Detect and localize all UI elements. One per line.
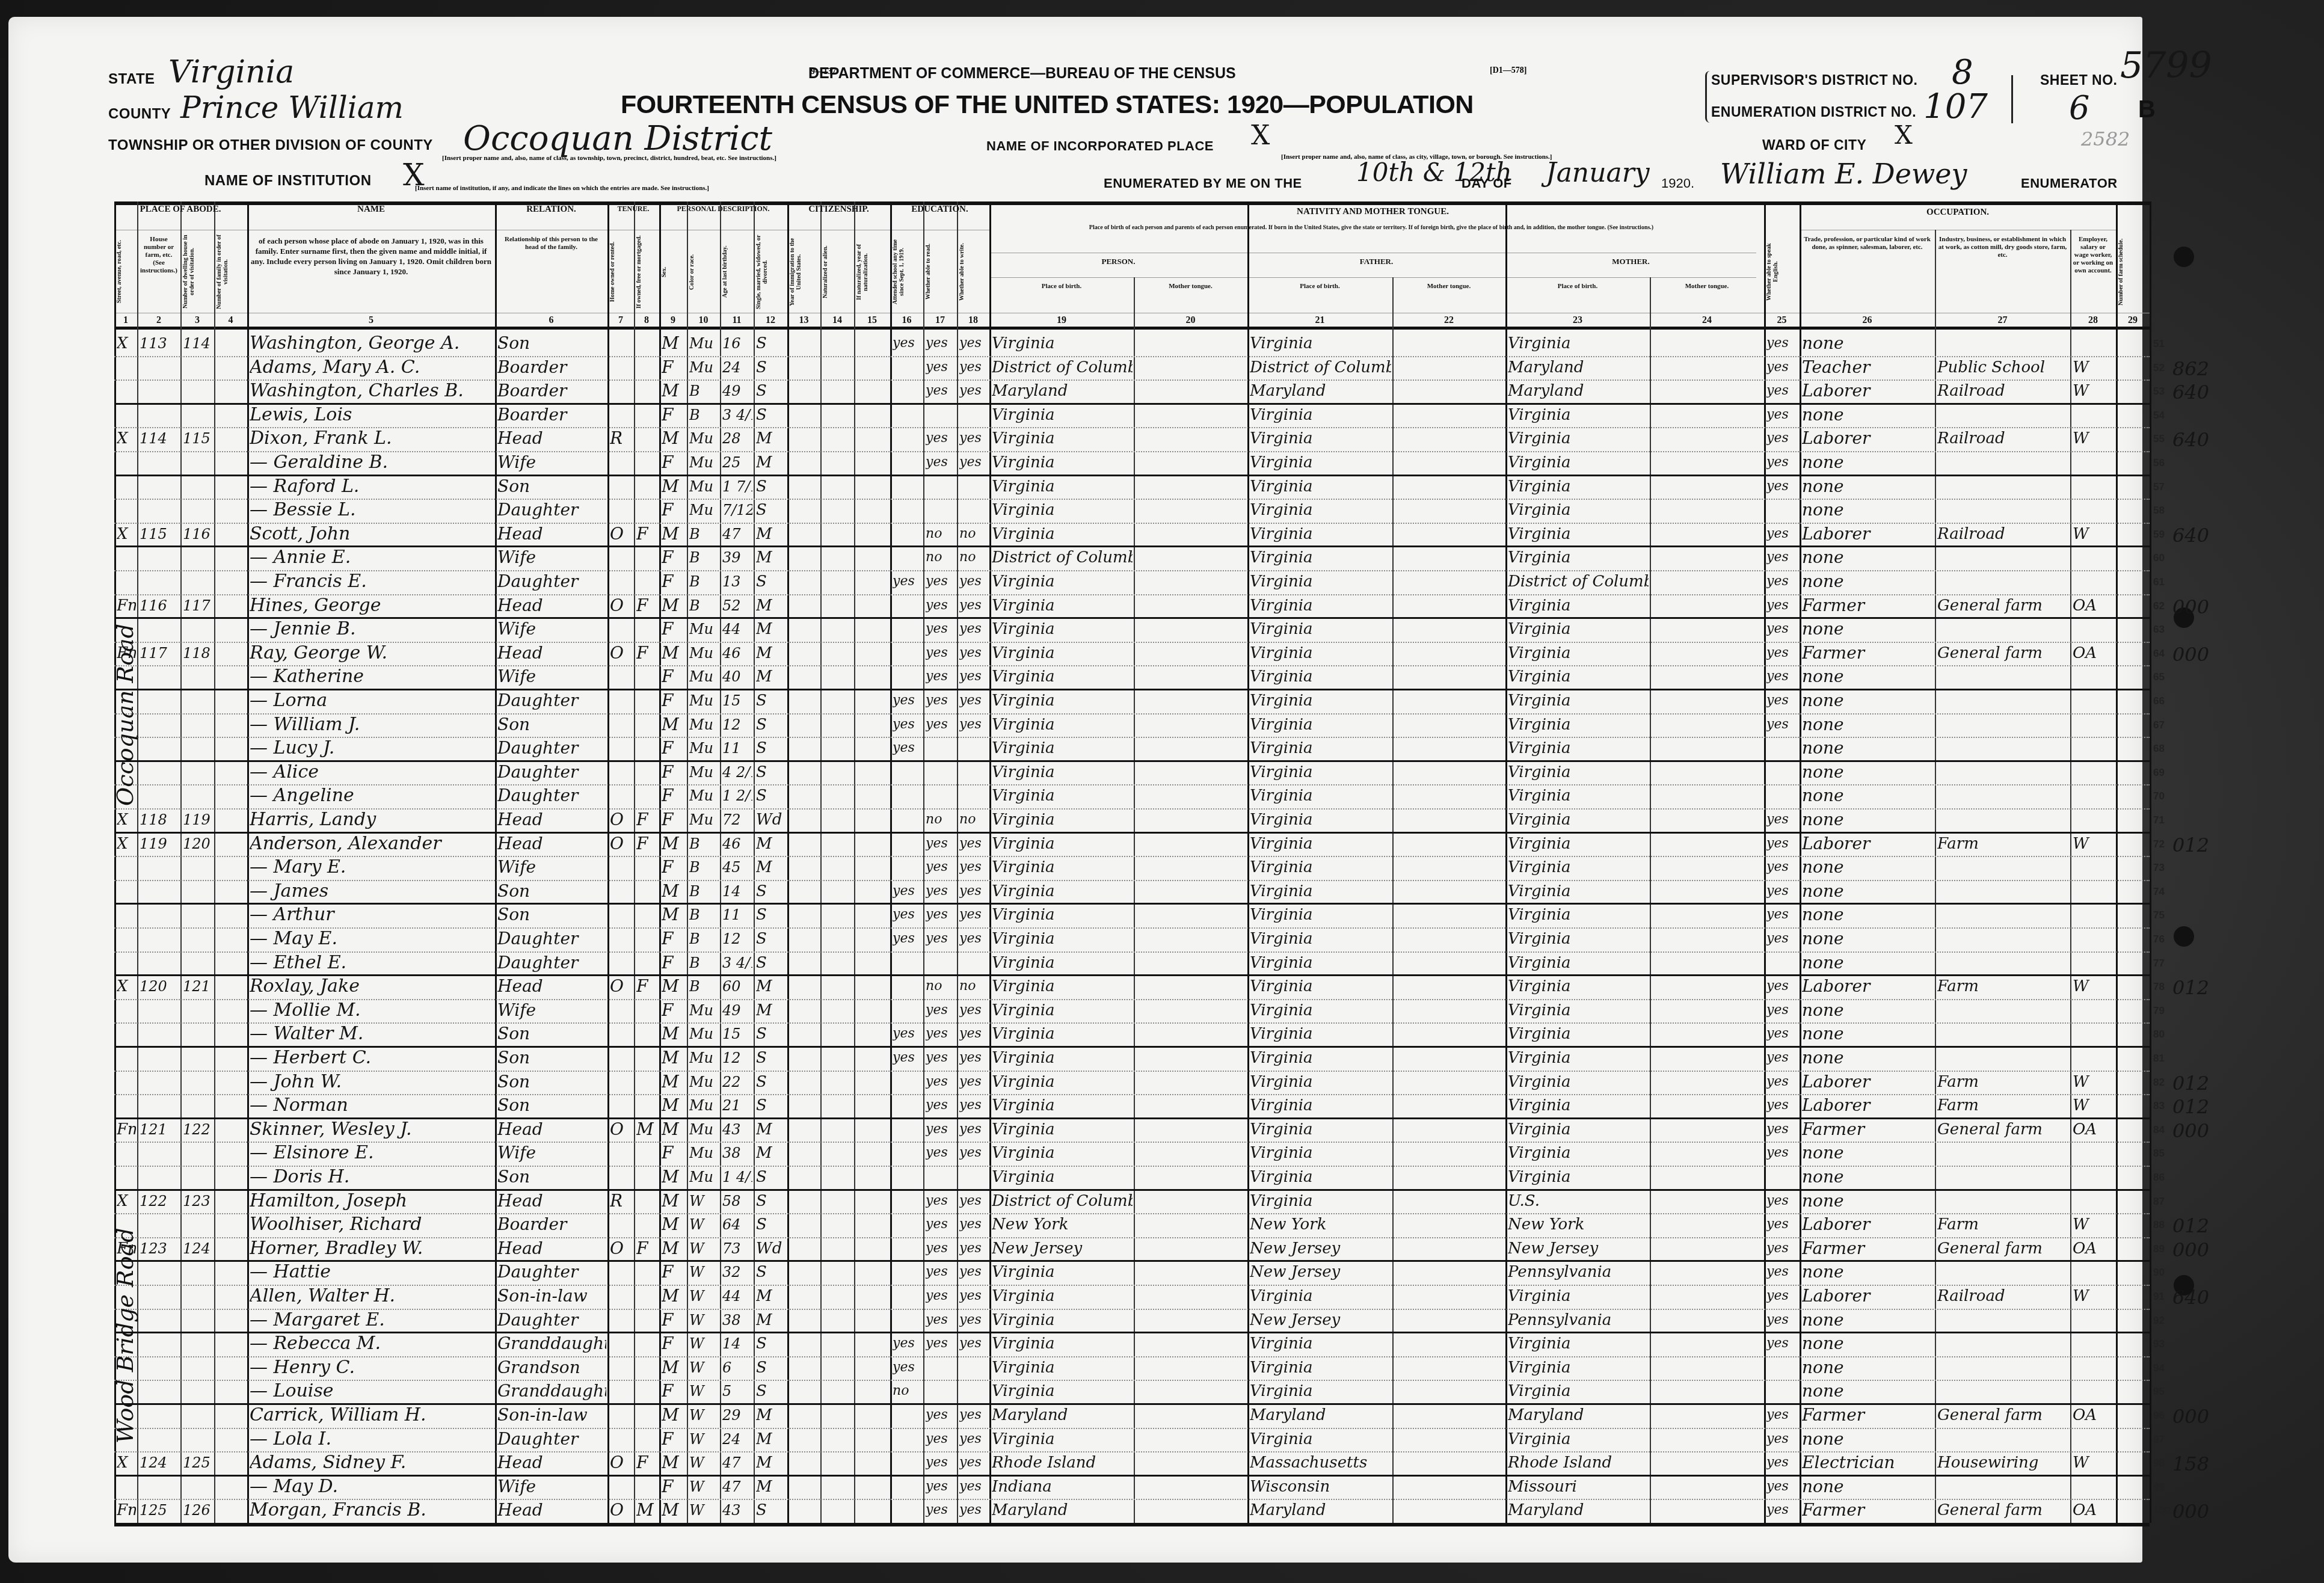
cell-race: B: [689, 903, 719, 927]
column-label-2: House number or farm, etc. (See instruct…: [140, 236, 178, 310]
cell-street: [117, 1428, 136, 1452]
cell-marital: M: [756, 1428, 786, 1452]
cell-read: [926, 475, 956, 499]
cell-owned: [610, 404, 633, 428]
cell-school: yes: [893, 1356, 922, 1380]
cell-family: [183, 856, 213, 880]
nativity-sub-rule: [989, 253, 1756, 253]
cell-free: [636, 451, 658, 475]
cell-industry: General farm: [1937, 642, 2069, 666]
cell-industry: Railroad: [1937, 523, 2069, 547]
line-number: 72: [2153, 838, 2165, 850]
cell-street: [117, 475, 136, 499]
group-name: NAME: [247, 204, 495, 215]
cell-age: 24: [722, 1428, 752, 1452]
group-citizenship: CITIZENSHIP.: [787, 204, 890, 215]
cell-pob-mother: Virginia: [1508, 1285, 1649, 1309]
cell-owned: [610, 570, 633, 594]
cell-race: Mu: [689, 1047, 719, 1071]
cell-school: yes: [893, 1022, 922, 1047]
cell-class: [2073, 784, 2115, 808]
cell-age: 11: [722, 737, 752, 761]
cell-family: 118: [183, 642, 213, 666]
colnum-rule: [114, 313, 2150, 313]
cell-name: — James: [250, 880, 494, 904]
cell-sex: M: [662, 1404, 686, 1428]
cell-industry: [1937, 784, 2069, 808]
cell-pob-father: Virginia: [1250, 1118, 1391, 1142]
cell-relation: Head: [497, 642, 606, 666]
column-label-24: Mother tongue.: [1652, 283, 1762, 307]
cell-pob-father: Virginia: [1250, 713, 1391, 737]
cell-pob-father: Virginia: [1250, 546, 1391, 570]
cell-race: W: [689, 1261, 719, 1285]
cell-pob-father: Virginia: [1250, 856, 1391, 880]
column-number-4: 4: [214, 315, 247, 326]
cell-industry: [1937, 761, 2069, 785]
cell-street: [117, 451, 136, 475]
cell-pob: Virginia: [992, 856, 1133, 880]
cell-family: 126: [183, 1499, 213, 1523]
cell-relation: Daughter: [497, 499, 606, 523]
cell-read: yes: [926, 1022, 956, 1047]
cell-street: [117, 1404, 136, 1428]
line-number: 76: [2153, 933, 2165, 945]
column-rule: [214, 201, 215, 1523]
cell-street: [117, 665, 136, 689]
cell-relation: Head: [497, 594, 606, 618]
cell-marital: S: [756, 1022, 786, 1047]
cell-race: W: [689, 1356, 719, 1380]
cell-pob-father: Virginia: [1250, 570, 1391, 594]
cell-dwelling: [140, 713, 179, 737]
year-label: 1920.: [1661, 176, 1694, 191]
district-divider: [2011, 75, 2013, 123]
cell-marital: S: [756, 332, 786, 356]
cell-sex: F: [662, 665, 686, 689]
cell-age: 1 4/12: [722, 1166, 752, 1190]
cell-english: yes: [1766, 380, 1798, 404]
cell-class: [2073, 618, 2115, 642]
cell-dwelling: [140, 1404, 179, 1428]
cell-name: Anderson, Alexander: [250, 832, 494, 856]
column-rule: [720, 201, 721, 1523]
cell-age: 3 4/12: [722, 404, 752, 428]
cell-marital: M: [756, 618, 786, 642]
cell-free: [636, 618, 658, 642]
cell-read: yes: [926, 1094, 956, 1118]
cell-trade: none: [1802, 999, 1934, 1023]
cell-family: [183, 737, 213, 761]
cell-family: 122: [183, 1118, 213, 1142]
cell-pob: Virginia: [992, 951, 1133, 976]
cell-pob-mother: Pennsylvania: [1508, 1309, 1649, 1333]
cell-owned: O: [610, 975, 633, 999]
cell-free: M: [636, 1118, 658, 1142]
cell-school: [893, 761, 922, 785]
cell-relation: Daughter: [497, 951, 606, 976]
cell-school: [893, 1237, 922, 1261]
cell-race: W: [689, 1499, 719, 1523]
cell-street: [117, 761, 136, 785]
cell-race: B: [689, 832, 719, 856]
cell-pob-mother: Virginia: [1508, 761, 1649, 785]
cell-pob: Virginia: [992, 499, 1133, 523]
cell-relation: Son: [497, 475, 606, 499]
cell-family: [183, 1356, 213, 1380]
cell-pob: Virginia: [992, 1118, 1133, 1142]
cell-trade: Laborer: [1802, 1071, 1934, 1095]
line-number: 52: [2153, 362, 2165, 374]
cell-age: 64: [722, 1213, 752, 1237]
cell-english: yes: [1766, 1142, 1798, 1166]
cell-family: [183, 689, 213, 713]
cell-write: yes: [959, 594, 988, 618]
column-number-26: 26: [1800, 315, 1935, 326]
cell-school: [893, 1261, 922, 1285]
cell-sex: F: [662, 856, 686, 880]
cell-industry: [1937, 499, 2069, 523]
cell-industry: [1937, 808, 2069, 832]
cell-class: [2073, 880, 2115, 904]
cell-pob: Maryland: [992, 380, 1133, 404]
cell-street: [117, 689, 136, 713]
cell-name: — Margaret E.: [250, 1309, 494, 1333]
cell-write: yes: [959, 689, 988, 713]
cell-industry: [1937, 737, 2069, 761]
cell-family: [183, 570, 213, 594]
cell-class: OA: [2073, 594, 2115, 618]
cell-free: [636, 1404, 658, 1428]
cell-read: [926, 761, 956, 785]
cell-owned: [610, 1142, 633, 1166]
cell-race: Mu: [689, 332, 719, 356]
column-number-9: 9: [659, 315, 687, 326]
cell-age: 43: [722, 1499, 752, 1523]
cell-name: Morgan, Francis B.: [250, 1499, 494, 1523]
cell-street: Fm: [117, 1237, 136, 1261]
cell-class: [2073, 404, 2115, 428]
incorporated-place-hint: [Insert proper name and, also, name of c…: [1281, 153, 1750, 161]
cell-owned: [610, 1475, 633, 1499]
cell-relation: Son: [497, 1071, 606, 1095]
cell-write: yes: [959, 880, 988, 904]
cell-relation: Boarder: [497, 404, 606, 428]
cell-industry: [1937, 1380, 2069, 1404]
incorporated-place-label: NAME OF INCORPORATED PLACE: [986, 138, 1214, 154]
cell-pob-father: Virginia: [1250, 737, 1391, 761]
column-rule: [1134, 277, 1135, 1523]
cell-sex: M: [662, 1356, 686, 1380]
cell-pob-father: Virginia: [1250, 999, 1391, 1023]
cell-age: 44: [722, 618, 752, 642]
cell-write: no: [959, 546, 988, 570]
column-rule: [2116, 201, 2118, 1523]
cell-street: [117, 999, 136, 1023]
cell-name: — Annie E.: [250, 546, 494, 570]
cell-relation: Head: [497, 1118, 606, 1142]
cell-street: X: [117, 808, 136, 832]
cell-marital: M: [756, 1475, 786, 1499]
cell-write: no: [959, 808, 988, 832]
cell-pob-father: Virginia: [1250, 903, 1391, 927]
column-label-21: Place of birth.: [1250, 283, 1390, 307]
cell-owned: [610, 903, 633, 927]
cell-owned: [610, 451, 633, 475]
cell-pob-father: New Jersey: [1250, 1309, 1391, 1333]
cell-street: [117, 1261, 136, 1285]
cell-trade: Laborer: [1802, 1094, 1934, 1118]
cell-street: X: [117, 832, 136, 856]
cell-pob-mother: U.S.: [1508, 1190, 1649, 1214]
cell-class: W: [2073, 523, 2115, 547]
cell-name: — Arthur: [250, 903, 494, 927]
county-label: COUNTY: [108, 106, 171, 123]
cell-industry: [1937, 689, 2069, 713]
group-nativity: NATIVITY AND MOTHER TONGUE.: [989, 207, 1756, 217]
cell-read: yes: [926, 1118, 956, 1142]
cell-industry: Housewiring: [1937, 1451, 2069, 1475]
cell-industry: [1937, 1332, 2069, 1356]
column-number-24: 24: [1650, 315, 1764, 326]
cell-family: [183, 665, 213, 689]
cell-read: yes: [926, 927, 956, 951]
cell-english: yes: [1766, 618, 1798, 642]
cell-race: Mu: [689, 689, 719, 713]
cell-age: 49: [722, 999, 752, 1023]
cell-pob: Rhode Island: [992, 1451, 1133, 1475]
cell-school: [893, 523, 922, 547]
cell-marital: M: [756, 523, 786, 547]
cell-pob: Maryland: [992, 1499, 1133, 1523]
cell-write: no: [959, 975, 988, 999]
cell-marital: S: [756, 880, 786, 904]
cell-school: yes: [893, 570, 922, 594]
cell-relation: Son: [497, 332, 606, 356]
cell-pob-father: Virginia: [1250, 665, 1391, 689]
cell-industry: [1937, 856, 2069, 880]
cell-street: [117, 880, 136, 904]
header-sub-rule: [114, 230, 989, 230]
cell-industry: [1937, 451, 2069, 475]
cell-pob: Virginia: [992, 927, 1133, 951]
line-number: 79: [2153, 1005, 2165, 1017]
column-number-2: 2: [137, 315, 180, 326]
nativity-sub-rule-2: [989, 277, 1756, 278]
cell-sex: F: [662, 999, 686, 1023]
cell-pob-father: New Jersey: [1250, 1237, 1391, 1261]
cell-age: 72: [722, 808, 752, 832]
institution-label: NAME OF INSTITUTION: [204, 173, 371, 189]
cell-family: [183, 951, 213, 976]
cell-family: 124: [183, 1237, 213, 1261]
cell-relation: Head: [497, 523, 606, 547]
cell-trade: none: [1802, 1190, 1934, 1214]
cell-race: W: [689, 1332, 719, 1356]
sheet-no-label: SHEET NO.: [2040, 72, 2117, 88]
cell-dwelling: [140, 1047, 179, 1071]
cell-relation: Head: [497, 1190, 606, 1214]
cell-marital: S: [756, 570, 786, 594]
cell-english: yes: [1766, 475, 1798, 499]
cell-owned: O: [610, 808, 633, 832]
line-number: 88: [2153, 1219, 2165, 1231]
cell-family: [183, 1309, 213, 1333]
line-number: 81: [2153, 1053, 2165, 1065]
cell-relation: Grandson: [497, 1356, 606, 1380]
cell-name: — May E.: [250, 927, 494, 951]
cell-industry: [1937, 1022, 2069, 1047]
cell-race: Mu: [689, 1071, 719, 1095]
column-label-16: Attended school any time since Sept. 1, …: [892, 233, 921, 310]
cell-read: yes: [926, 665, 956, 689]
cell-class: [2073, 737, 2115, 761]
line-number: 67: [2153, 719, 2165, 731]
cell-pob-father: Virginia: [1250, 332, 1391, 356]
cell-pob: Indiana: [992, 1475, 1133, 1499]
cell-write: yes: [959, 832, 988, 856]
cell-free: [636, 856, 658, 880]
cell-owned: [610, 784, 633, 808]
cell-family: [183, 927, 213, 951]
cell-pob: Virginia: [992, 1428, 1133, 1452]
cell-race: Mu: [689, 475, 719, 499]
cell-race: Mu: [689, 356, 719, 380]
cell-english: yes: [1766, 880, 1798, 904]
cell-school: [893, 427, 922, 451]
column-label-11: Age at last birthday.: [722, 233, 752, 310]
column-number-10: 10: [687, 315, 720, 326]
line-number: 58: [2153, 505, 2165, 517]
cell-write: yes: [959, 427, 988, 451]
cell-street: [117, 1332, 136, 1356]
cell-read: no: [926, 808, 956, 832]
cell-marital: S: [756, 1356, 786, 1380]
cell-family: [183, 1142, 213, 1166]
cell-school: yes: [893, 880, 922, 904]
column-label-13: Year of immigration to the United States…: [789, 233, 819, 310]
cell-school: [893, 951, 922, 976]
cell-trade: none: [1802, 1428, 1934, 1452]
cell-family: [183, 784, 213, 808]
line-number: 55: [2153, 433, 2165, 445]
column-rule: [2150, 201, 2151, 1523]
cell-name: Adams, Sidney F.: [250, 1451, 494, 1475]
cell-family: [183, 1022, 213, 1047]
cell-street: Fm: [117, 642, 136, 666]
cell-industry: Farm: [1937, 832, 2069, 856]
cell-marital: S: [756, 1380, 786, 1404]
cell-pob-mother: New Jersey: [1508, 1237, 1649, 1261]
cell-class: [2073, 856, 2115, 880]
cell-english: yes: [1766, 856, 1798, 880]
line-number: 83: [2153, 1100, 2165, 1112]
cell-dwelling: 113: [140, 332, 179, 356]
column-number-11: 11: [720, 315, 754, 326]
cell-trade: Farmer: [1802, 1118, 1934, 1142]
cell-english: yes: [1766, 1071, 1798, 1095]
cell-pob-mother: Maryland: [1508, 1499, 1649, 1523]
cell-write: yes: [959, 1237, 988, 1261]
column-label-7: Home owned or rented.: [609, 233, 632, 310]
column-label-3: Number of dwelling house in order of vis…: [182, 233, 212, 310]
cell-relation: Head: [497, 1499, 606, 1523]
cell-school: yes: [893, 713, 922, 737]
ward-of-city-label: WARD OF CITY: [1762, 137, 1866, 153]
cell-race: Mu: [689, 808, 719, 832]
cell-industry: [1937, 475, 2069, 499]
cell-trade: none: [1802, 761, 1934, 785]
occupation-code: 158: [2172, 1452, 2227, 1475]
cell-school: [893, 1213, 922, 1237]
cell-free: F: [636, 523, 658, 547]
cell-pob: Virginia: [992, 999, 1133, 1023]
cell-read: no: [926, 523, 956, 547]
cell-race: Mu: [689, 499, 719, 523]
cell-marital: M: [756, 1404, 786, 1428]
cell-race: B: [689, 975, 719, 999]
cell-free: [636, 1380, 658, 1404]
cell-school: [893, 1309, 922, 1333]
cell-dwelling: 118: [140, 808, 179, 832]
cell-street: [117, 737, 136, 761]
cell-read: [926, 737, 956, 761]
cell-trade: none: [1802, 451, 1934, 475]
cell-school: [893, 1428, 922, 1452]
column-label-20: Mother tongue.: [1136, 283, 1245, 307]
column-rule: [1247, 201, 1249, 1523]
cell-free: F: [636, 1237, 658, 1261]
cell-pob-father: Virginia: [1250, 618, 1391, 642]
occupation-code: 012: [2172, 834, 2227, 856]
cell-name: Harris, Landy: [250, 808, 494, 832]
cell-pob: Virginia: [992, 1380, 1133, 1404]
line-number: 99: [2153, 1481, 2165, 1493]
column-rule: [754, 201, 755, 1523]
cell-school: [893, 1190, 922, 1214]
cell-class: W: [2073, 1213, 2115, 1237]
cell-owned: [610, 1213, 633, 1237]
cell-dwelling: [140, 570, 179, 594]
cell-english: yes: [1766, 1261, 1798, 1285]
cell-pob-father: Virginia: [1250, 880, 1391, 904]
line-number: 66: [2153, 695, 2165, 707]
cell-marital: S: [756, 689, 786, 713]
cell-write: [959, 761, 988, 785]
cell-read: yes: [926, 618, 956, 642]
cell-race: W: [689, 1451, 719, 1475]
column-rule: [1935, 230, 1936, 1523]
cell-pob-mother: District of Columbia: [1508, 570, 1649, 594]
column-number-16: 16: [890, 315, 923, 326]
cell-marital: S: [756, 1190, 786, 1214]
cell-write: yes: [959, 927, 988, 951]
cell-pob-mother: Virginia: [1508, 1356, 1649, 1380]
cell-trade: none: [1802, 546, 1934, 570]
cell-free: [636, 475, 658, 499]
cell-write: yes: [959, 1190, 988, 1214]
cell-trade: Farmer: [1802, 642, 1934, 666]
cell-sex: F: [662, 927, 686, 951]
cell-sex: M: [662, 832, 686, 856]
cell-read: [926, 404, 956, 428]
cell-pob: New Jersey: [992, 1237, 1133, 1261]
cell-family: [183, 1071, 213, 1095]
cell-free: [636, 761, 658, 785]
cell-street: [117, 1285, 136, 1309]
cell-street: [117, 1142, 136, 1166]
cell-age: 39: [722, 546, 752, 570]
